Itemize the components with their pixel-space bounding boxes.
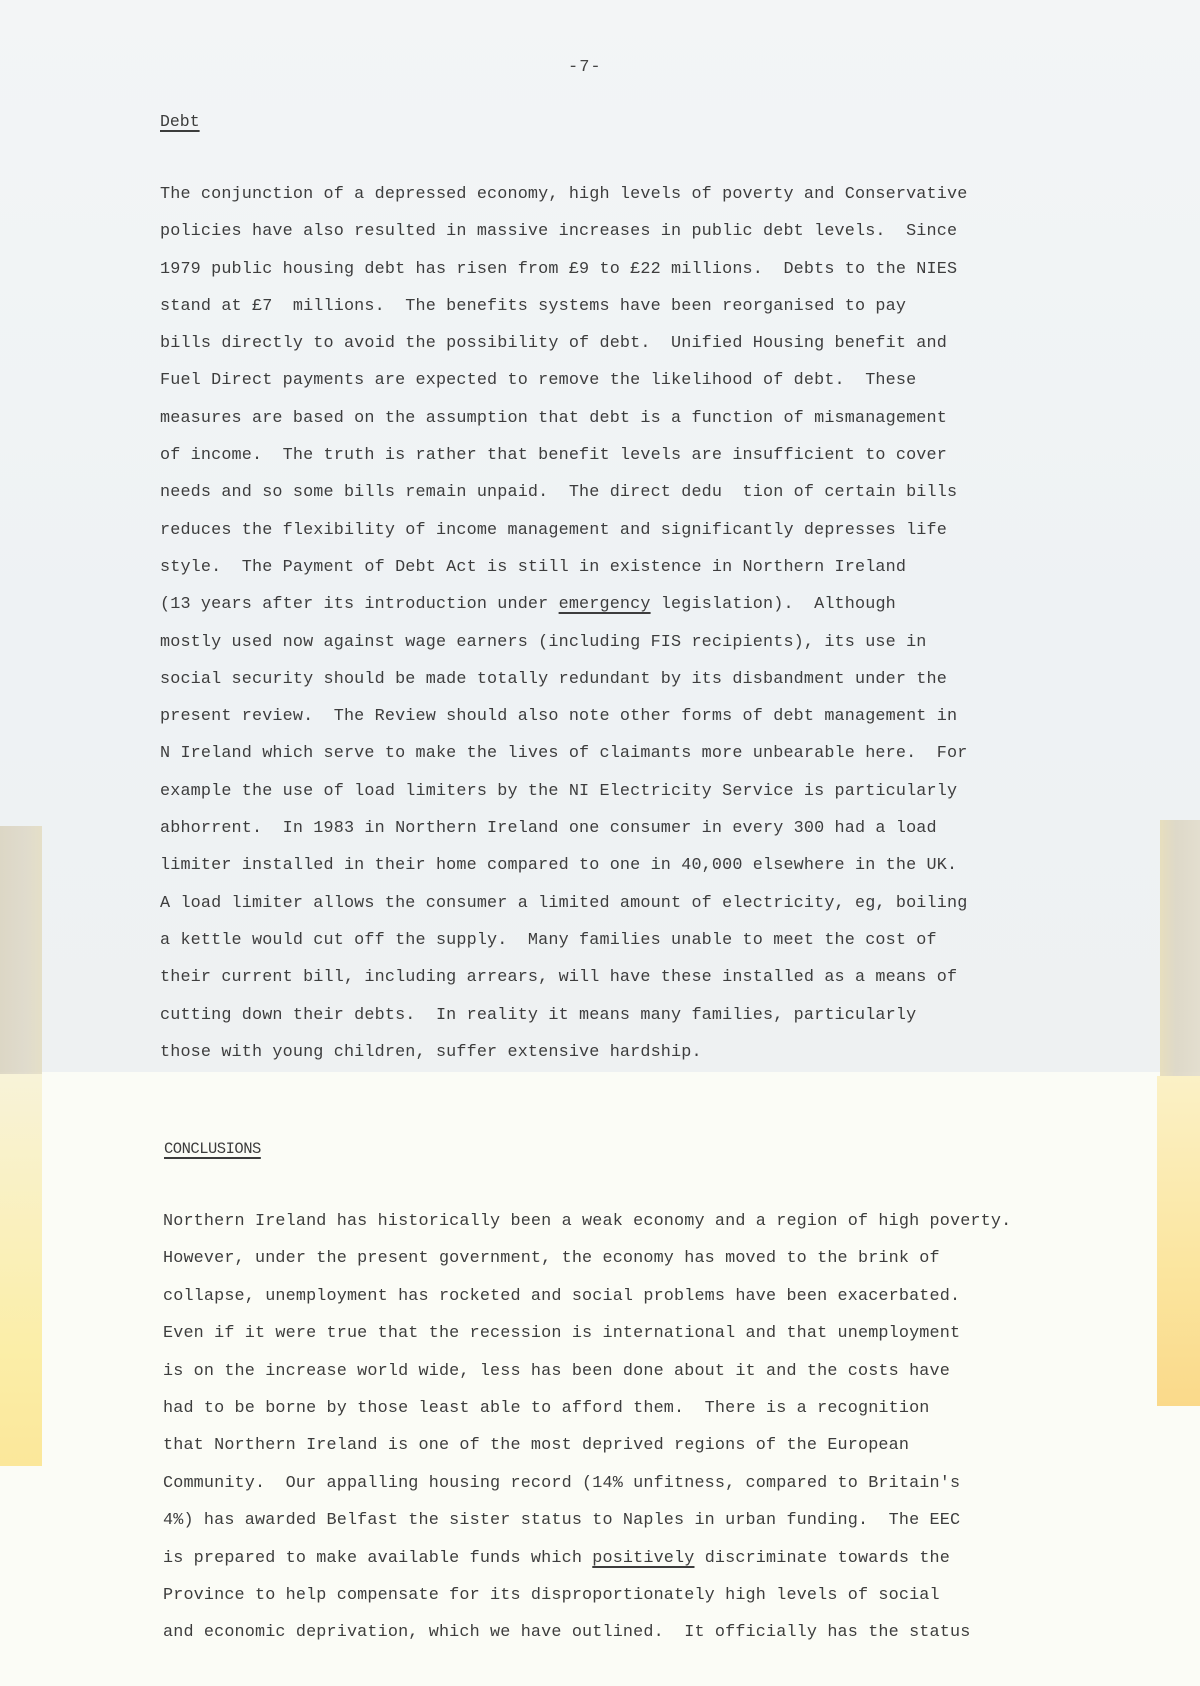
- text-line: reduces the flexibility of income manage…: [160, 512, 1170, 549]
- underlined-emphasis: positively: [592, 1549, 694, 1568]
- text-line: Community. Our appalling housing record …: [163, 1465, 1173, 1502]
- text-line: those with young children, suffer extens…: [160, 1034, 1170, 1071]
- text-line: needs and so some bills remain unpaid. T…: [160, 474, 1170, 511]
- tape-strip-left-upper: [0, 826, 42, 1074]
- text-line: collapse, unemployment has rocketed and …: [163, 1278, 1173, 1315]
- text-line: that Northern Ireland is one of the most…: [163, 1427, 1173, 1464]
- section-heading-conclusions: CONCLUSIONS: [164, 1140, 261, 1158]
- text-line: and economic deprivation, which we have …: [163, 1614, 1173, 1651]
- text-line: policies have also resulted in massive i…: [160, 213, 1170, 250]
- text-line: present review. The Review should also n…: [160, 698, 1170, 735]
- text-line: A load limiter allows the consumer a lim…: [160, 885, 1170, 922]
- text-line: abhorrent. In 1983 in Northern Ireland o…: [160, 810, 1170, 847]
- text-line: example the use of load limiters by the …: [160, 773, 1170, 810]
- debt-paragraph: The conjunction of a depressed economy, …: [160, 176, 1170, 1071]
- text-line: bills directly to avoid the possibility …: [160, 325, 1170, 362]
- conclusions-paragraph: Northern Ireland has historically been a…: [163, 1203, 1173, 1652]
- text-line: 1979 public housing debt has risen from …: [160, 251, 1170, 288]
- page-number: -7-: [568, 58, 602, 77]
- text-line: their current bill, including arrears, w…: [160, 959, 1170, 996]
- text-line: is prepared to make available funds whic…: [163, 1540, 1173, 1577]
- text-line: limiter installed in their home compared…: [160, 847, 1170, 884]
- text-line: Northern Ireland has historically been a…: [163, 1203, 1173, 1240]
- text-line: 4%) has awarded Belfast the sister statu…: [163, 1502, 1173, 1539]
- section-heading-debt: Debt: [160, 112, 200, 131]
- text-line: of income. The truth is rather that bene…: [160, 437, 1170, 474]
- text-line: stand at £7 millions. The benefits syste…: [160, 288, 1170, 325]
- underlined-emphasis: emergency: [559, 595, 651, 614]
- text-line: measures are based on the assumption tha…: [160, 400, 1170, 437]
- text-line: (13 years after its introduction under e…: [160, 586, 1170, 623]
- text-line: mostly used now against wage earners (in…: [160, 624, 1170, 661]
- text-line: Even if it were true that the recession …: [163, 1315, 1173, 1352]
- text-line: However, under the present government, t…: [163, 1240, 1173, 1277]
- tape-strip-left-lower: [0, 1074, 42, 1466]
- text-line: a kettle would cut off the supply. Many …: [160, 922, 1170, 959]
- text-line: cutting down their debts. In reality it …: [160, 997, 1170, 1034]
- text-line: had to be borne by those least able to a…: [163, 1390, 1173, 1427]
- text-line: N Ireland which serve to make the lives …: [160, 735, 1170, 772]
- text-line: The conjunction of a depressed economy, …: [160, 176, 1170, 213]
- text-line: social security should be made totally r…: [160, 661, 1170, 698]
- text-line: Fuel Direct payments are expected to rem…: [160, 362, 1170, 399]
- text-line: style. The Payment of Debt Act is still …: [160, 549, 1170, 586]
- text-line: is on the increase world wide, less has …: [163, 1353, 1173, 1390]
- text-line: Province to help compensate for its disp…: [163, 1577, 1173, 1614]
